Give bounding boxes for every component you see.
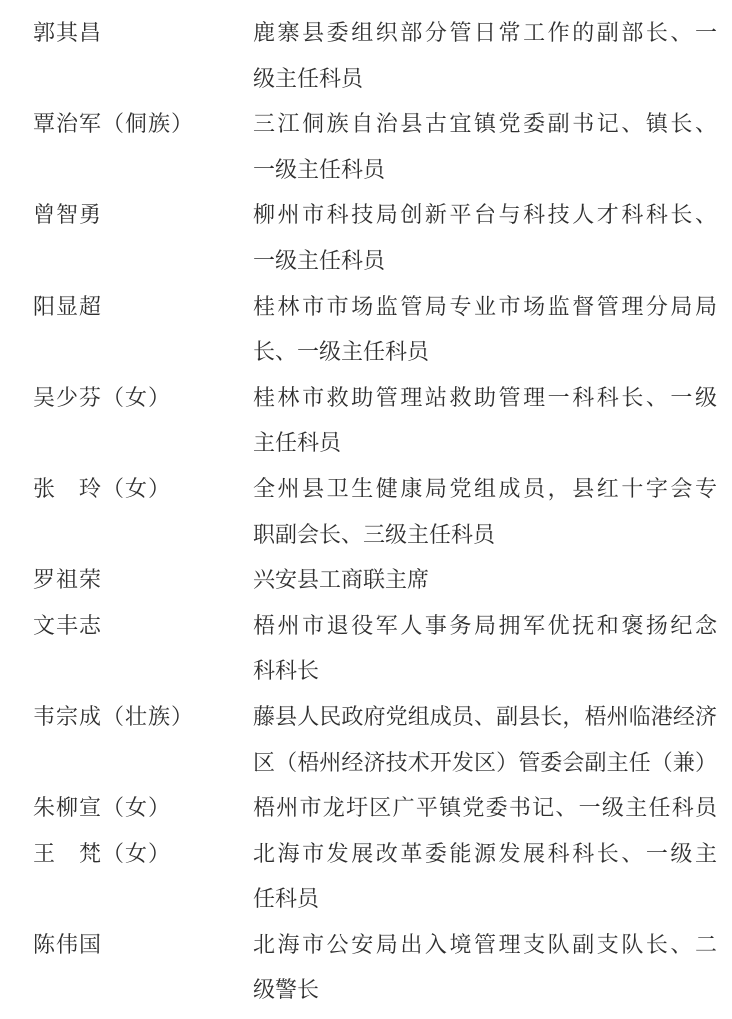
list-item: 覃治军（侗族） 三江侗族自治县古宜镇党委副书记、镇长、一级主任科员 [33, 101, 714, 192]
list-item: 张 玲（女） 全州县卫生健康局党组成员，县红十字会专职副会长、三级主任科员 [33, 466, 714, 557]
person-position: 藤县人民政府党组成员、副县长，梧州临港经济区（梧州经济技术开发区）管委会副主任（… [253, 694, 717, 785]
list-item: 文丰志 梧州市退役军人事务局拥军优抚和褒扬纪念科科长 [33, 603, 714, 694]
document-page: 郭其昌 鹿寨县委组织部分管日常工作的副部长、一级主任科员 覃治军（侗族） 三江侗… [0, 0, 732, 1019]
position-line: 级警长 [253, 967, 717, 1013]
position-line: 三江侗族自治县古宜镇党委副书记、镇长、 [253, 101, 717, 147]
list-item: 罗祖荣 兴安县工商联主席 [33, 557, 714, 603]
position-line: 北海市发展改革委能源发展科科长、一级主 [253, 831, 717, 877]
person-name: 张 玲（女） [33, 466, 253, 512]
person-position: 三江侗族自治县古宜镇党委副书记、镇长、一级主任科员 [253, 101, 717, 192]
position-line: 一级主任科员 [253, 147, 717, 193]
position-line: 全州县卫生健康局党组成员，县红十字会专 [253, 466, 717, 512]
person-position: 鹿寨县委组织部分管日常工作的副部长、一级主任科员 [253, 10, 717, 101]
person-name: 郭其昌 [33, 10, 253, 56]
person-name: 罗祖荣 [33, 557, 253, 603]
position-line: 桂林市救助管理站救助管理一科科长、一级 [253, 375, 717, 421]
appointments-list: 郭其昌 鹿寨县委组织部分管日常工作的副部长、一级主任科员 覃治军（侗族） 三江侗… [33, 10, 714, 1013]
person-position: 桂林市救助管理站救助管理一科科长、一级主任科员 [253, 375, 717, 466]
person-name: 韦宗成（壮族） [33, 694, 253, 740]
position-line: 柳州市科技局创新平台与科技人才科科长、 [253, 192, 717, 238]
position-line: 梧州市龙圩区广平镇党委书记、一级主任科员 [253, 785, 717, 831]
position-line: 一级主任科员 [253, 238, 717, 284]
person-name: 朱柳宣（女） [33, 785, 253, 831]
person-position: 北海市发展改革委能源发展科科长、一级主任科员 [253, 831, 717, 922]
list-item: 曾智勇 柳州市科技局创新平台与科技人才科科长、一级主任科员 [33, 192, 714, 283]
person-name: 王 梵（女） [33, 831, 253, 877]
position-line: 兴安县工商联主席 [253, 557, 717, 603]
position-line: 职副会长、三级主任科员 [253, 512, 717, 558]
list-item: 王 梵（女） 北海市发展改革委能源发展科科长、一级主任科员 [33, 831, 714, 922]
position-line: 藤县人民政府党组成员、副县长，梧州临港经济 [253, 694, 717, 740]
position-line: 任科员 [253, 876, 717, 922]
position-line: 区（梧州经济技术开发区）管委会副主任（兼） [253, 740, 717, 786]
position-line: 级主任科员 [253, 56, 717, 102]
list-item: 郭其昌 鹿寨县委组织部分管日常工作的副部长、一级主任科员 [33, 10, 714, 101]
position-line: 科科长 [253, 648, 717, 694]
person-position: 柳州市科技局创新平台与科技人才科科长、一级主任科员 [253, 192, 717, 283]
person-name: 文丰志 [33, 603, 253, 649]
position-line: 长、一级主任科员 [253, 329, 717, 375]
person-position: 北海市公安局出入境管理支队副支队长、二级警长 [253, 922, 717, 1013]
person-name: 覃治军（侗族） [33, 101, 253, 147]
list-item: 吴少芬（女） 桂林市救助管理站救助管理一科科长、一级主任科员 [33, 375, 714, 466]
position-line: 桂林市市场监管局专业市场监督管理分局局 [253, 284, 717, 330]
list-item: 朱柳宣（女） 梧州市龙圩区广平镇党委书记、一级主任科员 [33, 785, 714, 831]
person-name: 阳显超 [33, 284, 253, 330]
position-line: 梧州市退役军人事务局拥军优抚和褒扬纪念 [253, 603, 717, 649]
list-item: 韦宗成（壮族） 藤县人民政府党组成员、副县长，梧州临港经济区（梧州经济技术开发区… [33, 694, 714, 785]
person-position: 梧州市退役军人事务局拥军优抚和褒扬纪念科科长 [253, 603, 717, 694]
person-position: 梧州市龙圩区广平镇党委书记、一级主任科员 [253, 785, 717, 831]
person-name: 曾智勇 [33, 192, 253, 238]
position-line: 主任科员 [253, 420, 717, 466]
person-name: 吴少芬（女） [33, 375, 253, 421]
person-position: 兴安县工商联主席 [253, 557, 717, 603]
position-line: 北海市公安局出入境管理支队副支队长、二 [253, 922, 717, 968]
person-name: 陈伟国 [33, 922, 253, 968]
position-line: 鹿寨县委组织部分管日常工作的副部长、一 [253, 10, 717, 56]
person-position: 桂林市市场监管局专业市场监督管理分局局长、一级主任科员 [253, 284, 717, 375]
list-item: 陈伟国 北海市公安局出入境管理支队副支队长、二级警长 [33, 922, 714, 1013]
list-item: 阳显超 桂林市市场监管局专业市场监督管理分局局长、一级主任科员 [33, 284, 714, 375]
person-position: 全州县卫生健康局党组成员，县红十字会专职副会长、三级主任科员 [253, 466, 717, 557]
